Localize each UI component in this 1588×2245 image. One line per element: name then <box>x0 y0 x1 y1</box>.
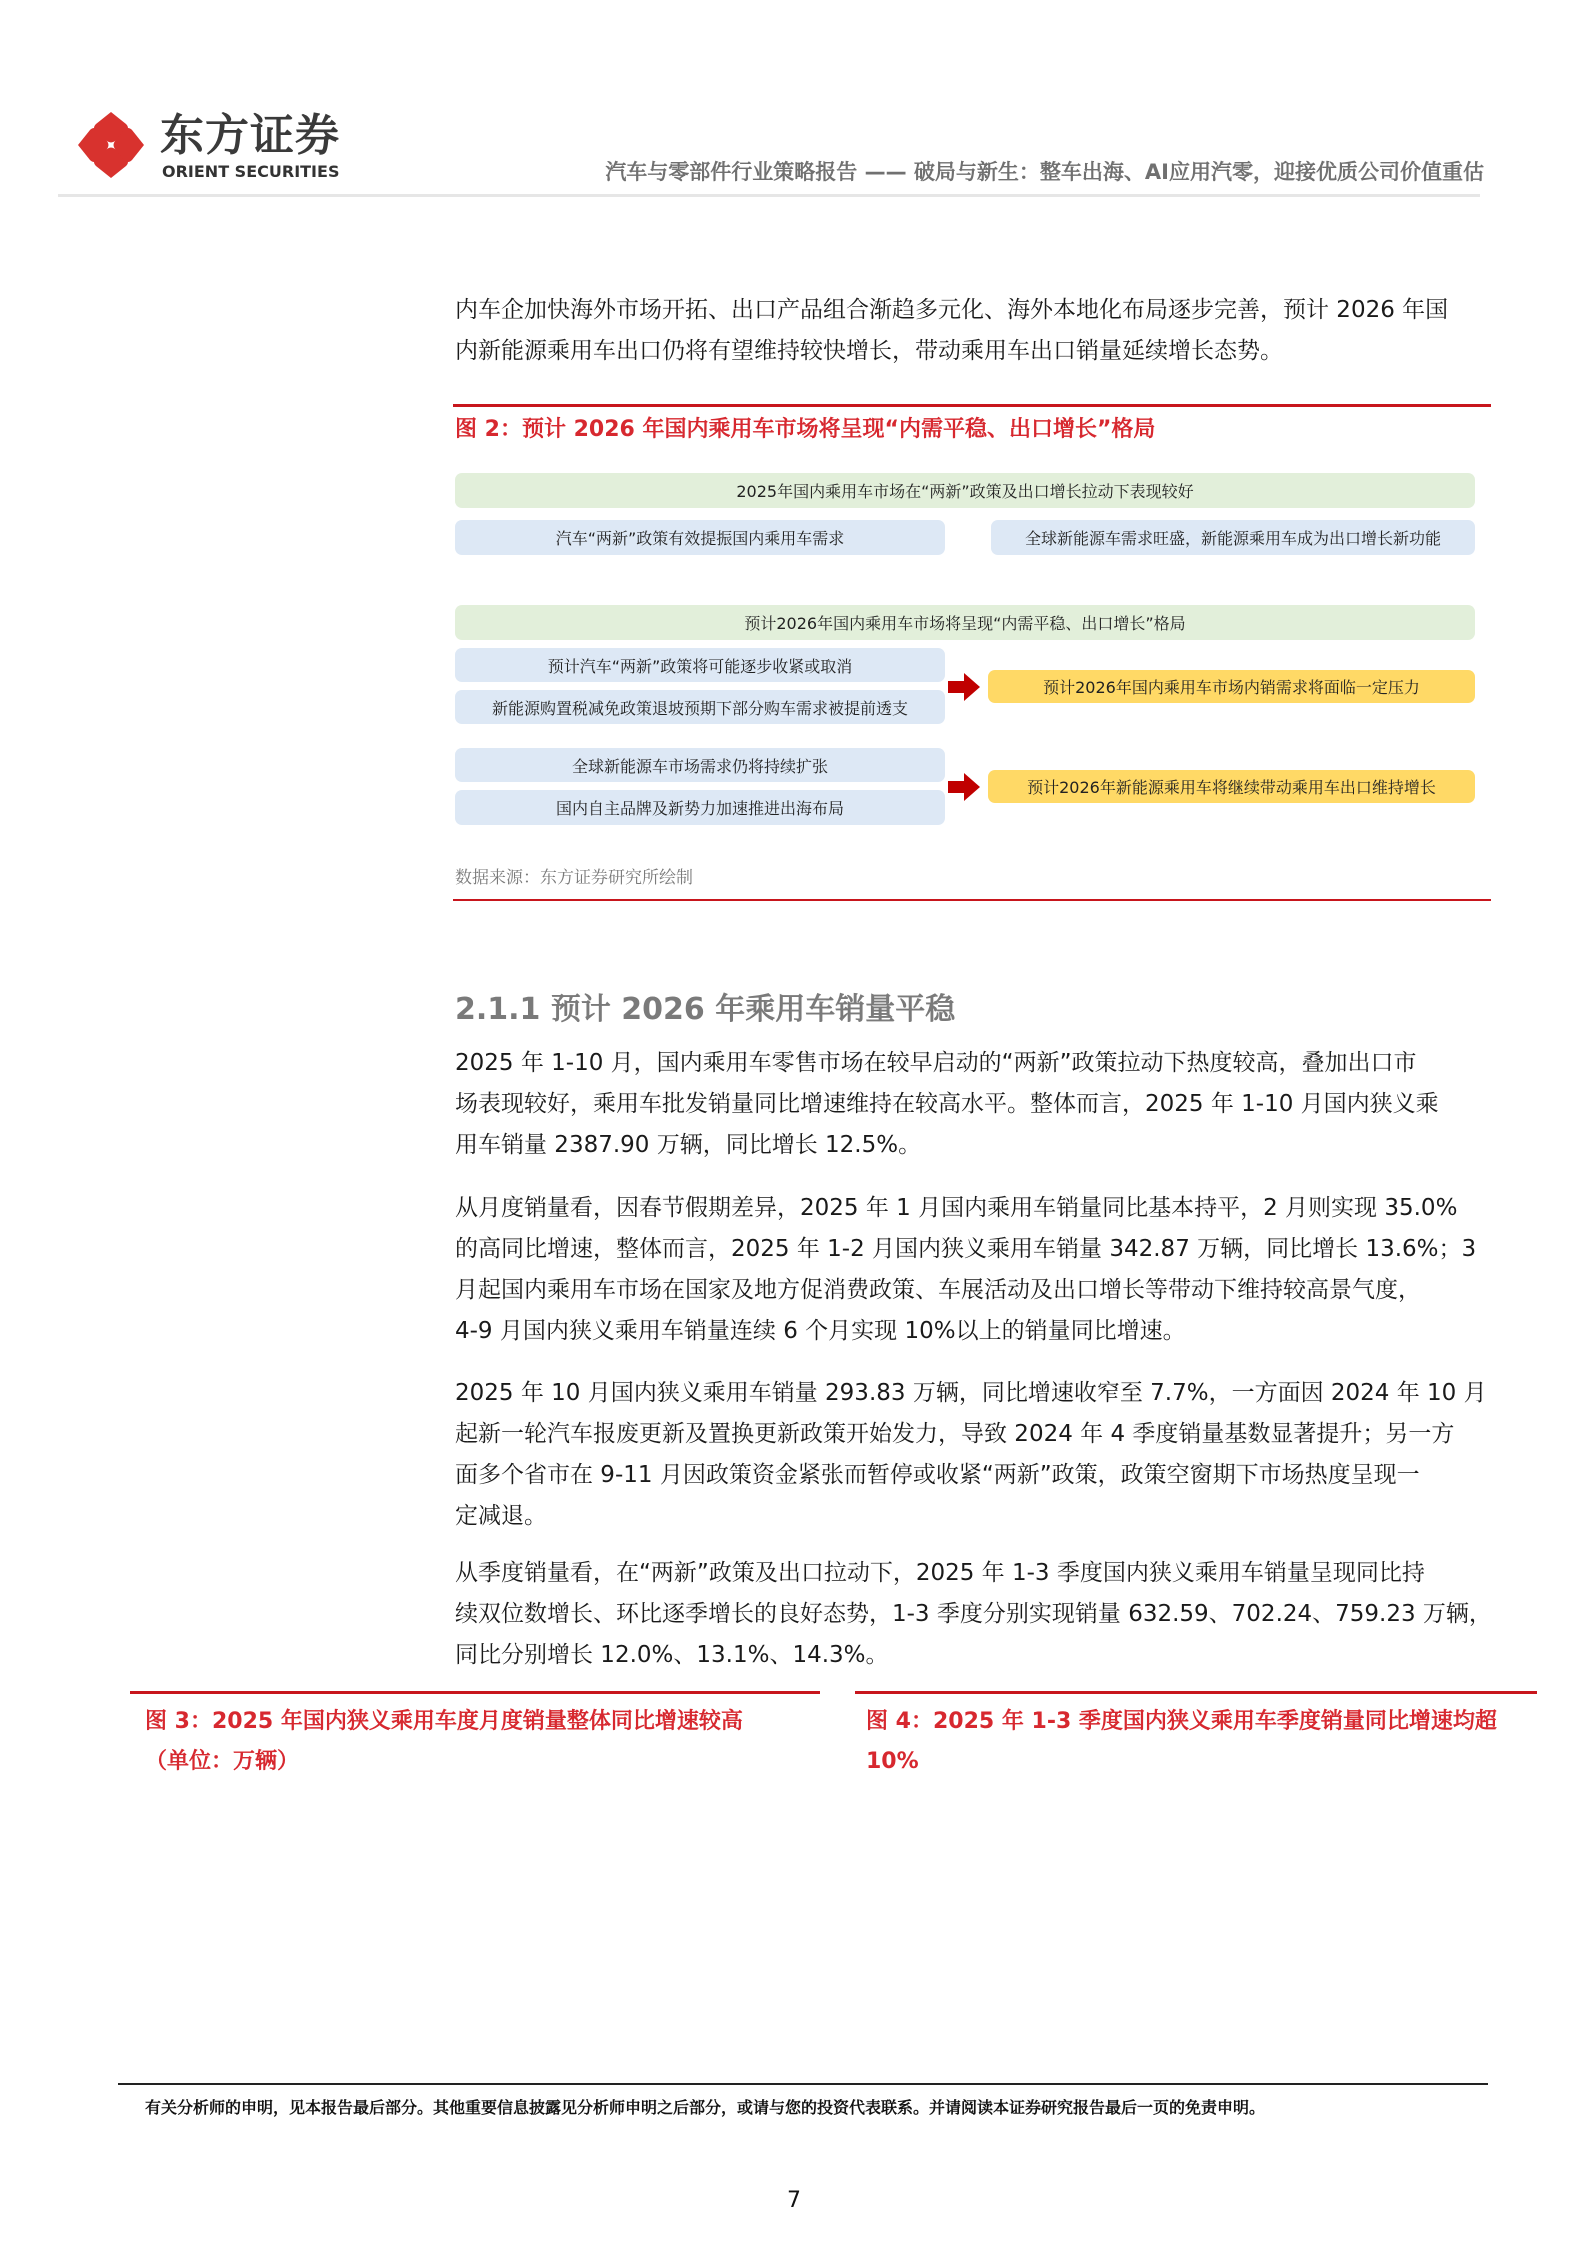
text-line: 面多个省市在 9-11 月因政策资金紧张而暂停或收紧“两新”政策，政策空窗期下市… <box>455 1455 1495 1496</box>
figure4-top-rule <box>855 1691 1537 1694</box>
text-line: 从季度销量看，在“两新”政策及出口拉动下，2025 年 1-3 季度国内狭义乘用… <box>455 1553 1500 1594</box>
orient-logo-icon <box>76 110 146 180</box>
paragraph: 从月度销量看，因春节假期差异，2025 年 1 月国内乘用车销量同比基本持平，2… <box>455 1188 1495 1352</box>
header-divider <box>58 194 1480 197</box>
text-line: 2025 年 1-10 月，国内乘用车零售市场在较早启动的“两新”政策拉动下热度… <box>455 1043 1495 1084</box>
intro-paragraph: 内车企加快海外市场开拓、出口产品组合渐趋多元化、海外本地化布局逐步完善，预计 2… <box>455 290 1495 372</box>
text-line: 从月度销量看，因春节假期差异，2025 年 1 月国内乘用车销量同比基本持平，2… <box>455 1188 1495 1229</box>
logo-chinese-name: 东方证券 <box>160 112 340 160</box>
report-title: 汽车与零部件行业策略报告 —— 破局与新生：整车出海、AI应用汽零，迎接优质公司… <box>605 158 1484 186</box>
text-line: 4-9 月国内狭义乘用车销量连续 6 个月实现 10%以上的销量同比增速。 <box>455 1311 1495 1352</box>
section-heading: 2.1.1 预计 2026 年乘用车销量平稳 <box>455 990 955 1030</box>
diagram-box-two-new-policy: 汽车“两新”政策有效提振国内乘用车需求 <box>455 520 945 555</box>
text-line: 内新能源乘用车出口仍将有望维持较快增长，带动乘用车出口销量延续增长态势。 <box>455 331 1495 372</box>
text-line: 起新一轮汽车报废更新及置换更新政策开始发力，导致 2024 年 4 季度销量基数… <box>455 1414 1495 1455</box>
page-number: 7 <box>0 2188 1588 2213</box>
figure4-caption-line1: 图 4：2025 年 1-3 季度国内狭义乘用车季度销量同比增速均超 <box>866 1702 1546 1742</box>
diagram-result-domestic-pressure: 预计2026年国内乘用车市场内销需求将面临一定压力 <box>988 670 1475 703</box>
logo-english-name: ORIENT SECURITIES <box>162 162 339 182</box>
figure2-source: 数据来源：东方证券研究所绘制 <box>455 866 693 890</box>
text-line: 月起国内乘用车市场在国家及地方促消费政策、车展活动及出口增长等带动下维持较高景气… <box>455 1270 1495 1311</box>
text-line: 的高同比增速，整体而言，2025 年 1-2 月国内狭义乘用车销量 342.87… <box>455 1229 1495 1270</box>
footer-divider <box>118 2083 1488 2085</box>
footer-disclaimer: 有关分析师的申明，见本报告最后部分。其他重要信息披露见分析师申明之后部分，或请与… <box>145 2097 1265 2119</box>
figure3-caption-line2: （单位：万辆） <box>145 1742 825 1782</box>
diagram-banner-2025: 2025年国内乘用车市场在“两新”政策及出口增长拉动下表现较好 <box>455 473 1475 508</box>
figure3-caption: 图 3：2025 年国内狭义乘用车度月度销量整体同比增速较高 （单位：万辆） <box>145 1702 825 1782</box>
text-line: 续双位数增长、环比逐季增长的良好态势，1-3 季度分别实现销量 632.59、7… <box>455 1594 1500 1635</box>
diagram-result-export-growth: 预计2026年新能源乘用车将继续带动乘用车出口维持增长 <box>988 770 1475 803</box>
figure3-caption-line1: 图 3：2025 年国内狭义乘用车度月度销量整体同比增速较高 <box>145 1702 825 1742</box>
text-line: 内车企加快海外市场开拓、出口产品组合渐趋多元化、海外本地化布局逐步完善，预计 2… <box>455 290 1495 331</box>
diagram-box-global-nev-demand: 全球新能源车需求旺盛，新能源乘用车成为出口增长新功能 <box>991 520 1475 555</box>
text-line: 用车销量 2387.90 万辆，同比增长 12.5%。 <box>455 1125 1495 1166</box>
figure2-top-rule <box>453 404 1491 407</box>
figure4-caption-line2: 10% <box>866 1742 1546 1782</box>
diagram-cause-box: 新能源购置税减免政策退坡预期下部分购车需求被提前透支 <box>455 690 945 724</box>
diagram-cause-box: 全球新能源车市场需求仍将持续扩张 <box>455 748 945 782</box>
text-line: 2025 年 10 月国内狭义乘用车销量 293.83 万辆，同比增速收窄至 7… <box>455 1373 1495 1414</box>
figure2-bottom-rule <box>453 899 1491 901</box>
text-line: 场表现较好，乘用车批发销量同比增速维持在较高水平。整体而言，2025 年 1-1… <box>455 1084 1495 1125</box>
figure2-title: 图 2：预计 2026 年国内乘用车市场将呈现“内需平稳、出口增长”格局 <box>455 415 1155 445</box>
figure3-top-rule <box>130 1691 820 1694</box>
paragraph: 从季度销量看，在“两新”政策及出口拉动下，2025 年 1-3 季度国内狭义乘用… <box>455 1553 1500 1676</box>
text-line: 定减退。 <box>455 1496 1495 1537</box>
figure4-caption: 图 4：2025 年 1-3 季度国内狭义乘用车季度销量同比增速均超 10% <box>866 1702 1546 1782</box>
right-arrow-icon <box>948 773 980 801</box>
diagram-banner-2026: 预计2026年国内乘用车市场将呈现“内需平稳、出口增长”格局 <box>455 605 1475 640</box>
paragraph: 2025 年 10 月国内狭义乘用车销量 293.83 万辆，同比增速收窄至 7… <box>455 1373 1495 1537</box>
diagram-cause-box: 国内自主品牌及新势力加速推进出海布局 <box>455 790 945 825</box>
text-line: 同比分别增长 12.0%、13.1%、14.3%。 <box>455 1635 1500 1676</box>
paragraph: 2025 年 1-10 月，国内乘用车零售市场在较早启动的“两新”政策拉动下热度… <box>455 1043 1495 1166</box>
diagram-cause-box: 预计汽车“两新”政策将可能逐步收紧或取消 <box>455 648 945 682</box>
right-arrow-icon <box>948 673 980 701</box>
